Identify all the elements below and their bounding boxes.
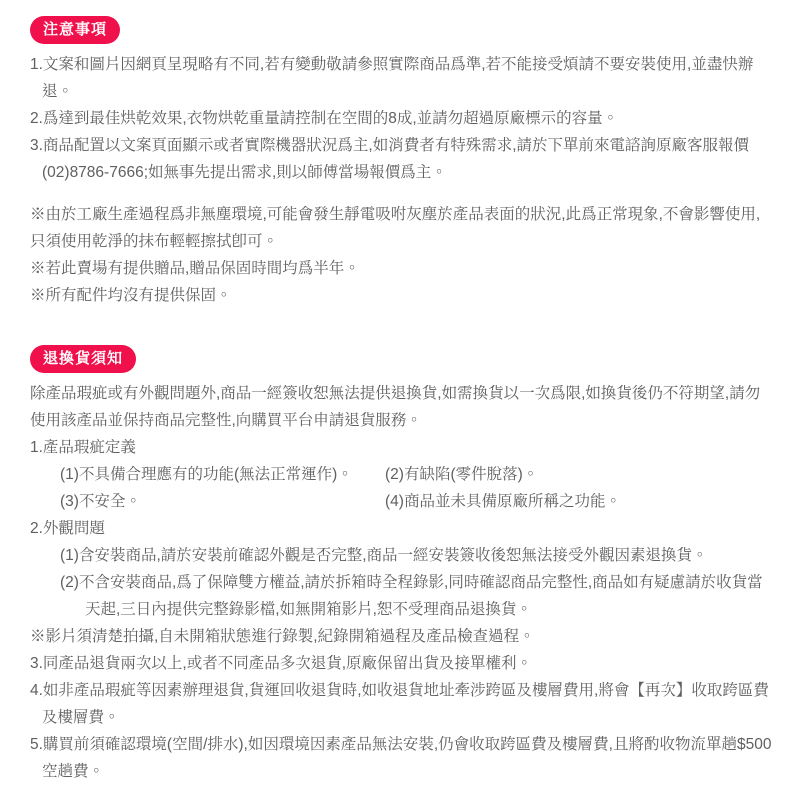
- notice-section-badge: 注意事項: [30, 16, 120, 44]
- list-item: 3.同產品退貨兩次以上,或者不同產品多次退貨,原廠保留出貨及接單權利。: [30, 650, 775, 677]
- return-policy-section-badge: 退換貨須知: [30, 345, 136, 373]
- list-item: 3.商品配置以文案頁面顯示或者實際機器狀況爲主,如消費者有特殊需求,請於下單前來…: [30, 132, 775, 186]
- notice-section: 注意事項 1.文案和圖片因網頁呈現略有不同,若有變動敬請參照實際商品爲準,若不能…: [30, 16, 775, 309]
- note-item: ※由於工廠生產過程爲非無塵環境,可能會發生靜電吸咐灰塵於產品表面的狀況,此爲正常…: [30, 201, 775, 255]
- product-notice-page: 注意事項 1.文案和圖片因網頁呈現略有不同,若有變動敬請參照實際商品爲準,若不能…: [0, 0, 800, 785]
- section-body: 1.文案和圖片因網頁呈現略有不同,若有變動敬請參照實際商品爲準,若不能接受煩請不…: [30, 51, 775, 309]
- note-item: ※若此賣場有提供贈品,贈品保固時間均爲半年。: [30, 255, 775, 282]
- definition-cell: (1)不具備合理應有的功能(無法正常運作)。: [60, 461, 385, 488]
- definition-cell: (4)商品並未具備原廠所稱之功能。: [385, 488, 775, 515]
- definition-row: (1)不具備合理應有的功能(無法正常運作)。(2)有缺陷(零件脫落)。: [60, 461, 775, 488]
- definition-cell: (2)有缺陷(零件脫落)。: [385, 461, 775, 488]
- list-item: (2)不含安裝商品,爲了保障雙方權益,請於拆箱時全程錄影,同時確認商品完整性,商…: [60, 569, 775, 623]
- list-item: 1.產品瑕疵定義: [30, 434, 775, 461]
- list-item: 2.爲達到最佳烘乾效果,衣物烘乾重量請控制在空間的8成,並請勿超過原廠標示的容量…: [30, 105, 775, 132]
- list-item: 1.文案和圖片因網頁呈現略有不同,若有變動敬請參照實際商品爲準,若不能接受煩請不…: [30, 51, 775, 105]
- return-policy-section: 退換貨須知 除產品瑕疵或有外觀問題外,商品一經簽收恕無法提供退換貨,如需換貨以一…: [30, 345, 775, 785]
- list-item: 5.購買前須確認環境(空間/排水),如因環境因素產品無法安裝,仍會收取跨區費及樓…: [30, 731, 775, 785]
- note-item: ※所有配件均沒有提供保固。: [30, 282, 775, 309]
- list-item: (1)含安裝商品,請於安裝前確認外觀是否完整,商品一經安裝簽收後恕無法接受外觀因…: [60, 542, 775, 569]
- list-item: 4.如非產品瑕疵等因素辦理退貨,貨運回收退貨時,如收退貨地址牽涉跨區及樓層費用,…: [30, 677, 775, 731]
- section-body: 除產品瑕疵或有外觀問題外,商品一經簽收恕無法提供退換貨,如需換貨以一次爲限,如換…: [30, 380, 775, 785]
- intro-text: 除產品瑕疵或有外觀問題外,商品一經簽收恕無法提供退換貨,如需換貨以一次爲限,如換…: [30, 380, 775, 434]
- list-item: 2.外觀問題: [30, 515, 775, 542]
- note-item: ※影片須清楚拍攝,自未開箱狀態進行錄製,紀錄開箱過程及產品檢查過程。: [30, 623, 775, 650]
- definition-cell: (3)不安全。: [60, 488, 385, 515]
- definition-row: (3)不安全。(4)商品並未具備原廠所稱之功能。: [60, 488, 775, 515]
